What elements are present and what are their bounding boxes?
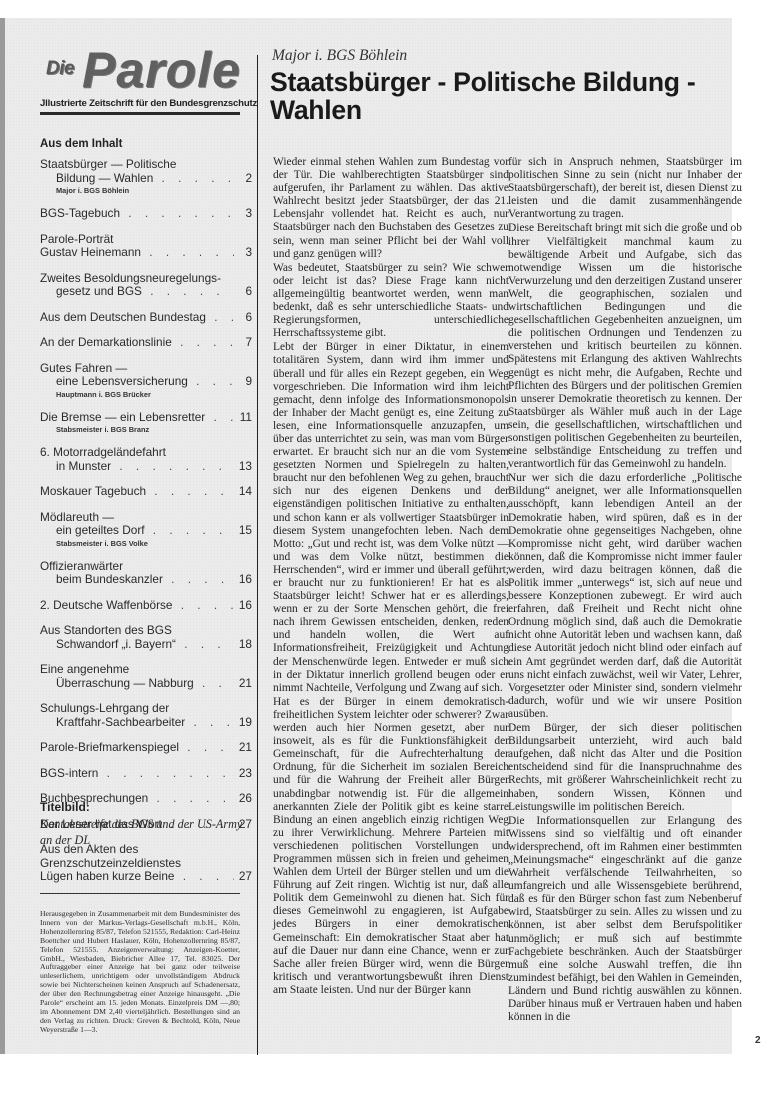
toc-leader-dots: . . . . . . . . . . . . . . . xyxy=(141,246,234,259)
toc-leader-dots: . . . . . . . . . . . . . . . xyxy=(174,870,234,883)
toc-entry-title: Kraftfahr-Sachbearbeiter . . . . . . . .… xyxy=(40,716,234,730)
toc-entry-title-line: Schulungs-Lehrgang der xyxy=(40,702,252,716)
table-of-contents: Staatsbürger — PolitischeBildung — Wahle… xyxy=(40,158,252,896)
toc-entry-title: Überraschung — Nabburg . . . . . . . . .… xyxy=(40,677,234,691)
toc-entry-title: gesetz und BGS . . . . . . . . . . . . .… xyxy=(40,285,234,299)
toc-entry-author: Major i. BGS Böhlein xyxy=(40,186,252,195)
toc-entry: 6. Motorradgeländefahrtin Munster . . . … xyxy=(40,446,252,473)
toc-entry: Zweites Besoldungsneuregelungs-gesetz un… xyxy=(40,272,252,299)
toc-entry-title: beim Bundeskanzler . . . . . . . . . . .… xyxy=(40,573,234,587)
article-column-right: für sich in Anspruch nehmen, Staatsbürge… xyxy=(508,156,742,1025)
toc-entry-author: Stabsmeister i. BGS Branz xyxy=(40,425,252,434)
toc-entry: 2. Deutsche Waffenbörse . . . . . . . . … xyxy=(40,599,252,613)
article-column-left: Wieder einmal stehen Wahlen zum Bundesta… xyxy=(273,156,509,998)
toc-entry-title-line: Gutes Fahren — xyxy=(40,362,252,376)
toc-entry-title: BGS-Tagebuch . . . . . . . . . . . . . .… xyxy=(40,207,234,221)
toc-entry-title: in Munster . . . . . . . . . . . . . . . xyxy=(40,460,234,474)
toc-entry: Gutes Fahren —eine Lebensversicherung . … xyxy=(40,362,252,399)
toc-page-number: 3 xyxy=(234,207,252,221)
toc-leader-dots: . . . . . . . . . . . . . . . xyxy=(148,792,234,805)
toc-entry-title-line: Staatsbürger — Politische xyxy=(40,158,252,172)
article-paragraph: Hat es der Bürger in einem demokratisch-… xyxy=(273,696,509,997)
toc-entry-title-line: Parole-Porträt xyxy=(40,233,252,247)
toc-entry: Moskauer Tagebuch . . . . . . . . . . . … xyxy=(40,485,252,499)
toc-page-number: 21 xyxy=(234,677,252,691)
toc-page-number: 6 xyxy=(234,285,252,299)
toc-page-number: 16 xyxy=(234,599,252,613)
toc-entry-title: Parole-Briefmarkenspiegel . . . . . . . … xyxy=(40,741,234,755)
article-paragraph: für sich in Anspruch nehmen, Staatsbürge… xyxy=(508,156,742,221)
toc-page-number: 23 xyxy=(234,767,252,781)
toc-leader-dots: . . . . . . . . . . . . . . . xyxy=(185,716,234,729)
toc-leader-dots: . . . . . . . . . . . . . . . xyxy=(188,375,234,388)
toc-page-number: 27 xyxy=(234,870,252,884)
toc-page-number: 13 xyxy=(234,460,252,474)
toc-entry-title: Gustav Heinemann . . . . . . . . . . . .… xyxy=(40,246,234,260)
toc-entry-title-line: Grenzschutzeinzeldienstes xyxy=(40,857,252,871)
logo-parole-text: Parole xyxy=(82,41,241,99)
toc-entry: Parole-Briefmarkenspiegel . . . . . . . … xyxy=(40,741,252,755)
toc-entry: Mödlareuth —ein geteiltes Dorf . . . . .… xyxy=(40,511,252,548)
toc-entry-title-line: 6. Motorradgeländefahrt xyxy=(40,446,252,460)
cover-caption-label: Titelbild: xyxy=(40,800,90,814)
toc-page-number: 9 xyxy=(234,375,252,389)
toc-entry-title: Schwandorf „i. Bayern“ . . . . . . . . .… xyxy=(40,638,234,652)
toc-entry-title: Lügen haben kurze Beine . . . . . . . . … xyxy=(40,870,234,884)
toc-entry-title: Die Bremse — ein Lebensretter . . . . . … xyxy=(40,411,234,425)
toc-entry-author: Hauptmann i. BGS Brücker xyxy=(40,390,252,399)
article-paragraph: Dem Bürger, der sich dieser politischen … xyxy=(508,722,742,814)
toc-entry-title: Bildung — Wahlen . . . . . . . . . . . .… xyxy=(40,172,234,186)
article-paragraph: Was bedeutet, Staatsbürger zu sein? Wie … xyxy=(273,262,509,341)
column-divider xyxy=(257,55,258,1055)
article-paragraph: Lebt der Bürger in einer Diktatur, in ei… xyxy=(273,341,509,695)
toc-leader-dots: . . . . . . . . . . . . . . . xyxy=(145,524,234,537)
imprint-text: Herausgegeben in Zusammenarbeit mit dem … xyxy=(40,910,240,1035)
article-title: Staatsbürger - Politische Bildung - Wahl… xyxy=(270,68,740,124)
cover-caption-text: Kontaktstreife des BGS und der US-Army a… xyxy=(40,817,250,848)
toc-entry-title-line: Zweites Besoldungsneuregelungs- xyxy=(40,272,252,286)
toc-entry-title-line: Mödlareuth — xyxy=(40,511,252,525)
toc-leader-dots: . . . . . . . . . . . . . . . xyxy=(142,285,234,298)
article-paragraph: Nur wer sich die dazu erforderliche „Pol… xyxy=(508,472,742,721)
toc-leader-dots: . . . . . . . . . . . . . . . xyxy=(120,207,234,220)
toc-entry-title: Aus dem Deutschen Bundestag . . . . . . … xyxy=(40,311,234,325)
article-byline: Major i. BGS Böhlein xyxy=(272,47,407,65)
toc-entry-title-line: Offizieranwärter xyxy=(40,560,252,574)
toc-page-number: 16 xyxy=(234,573,252,587)
toc-page-number: 11 xyxy=(234,411,252,425)
toc-entry: Die Bremse — ein Lebensretter . . . . . … xyxy=(40,411,252,435)
magazine-logo: Die Parole xyxy=(46,47,242,95)
toc-leader-dots: . . . . . . . . . . . . . . . xyxy=(172,599,234,612)
toc-entry-title-line: Aus Standorten des BGS xyxy=(40,624,252,638)
toc-leader-dots: . . . . . . . . . . . . . . . xyxy=(206,311,234,324)
toc-entry: Parole-PorträtGustav Heinemann . . . . .… xyxy=(40,233,252,260)
toc-page-number: 21 xyxy=(234,741,252,755)
toc-entry-title-line: Eine angenehme xyxy=(40,663,252,677)
toc-page-number: 6 xyxy=(234,311,252,325)
toc-leader-dots: . . . . . . . . . . . . . . . xyxy=(179,741,234,754)
toc-entry: BGS-Tagebuch . . . . . . . . . . . . . .… xyxy=(40,207,252,221)
toc-entry: Schulungs-Lehrgang derKraftfahr-Sachbear… xyxy=(40,702,252,729)
toc-page-number: 7 xyxy=(234,336,252,350)
magazine-tagline: Jllustrierte Zeitschrift für den Bundesg… xyxy=(40,98,240,109)
toc-entry: Aus Standorten des BGSSchwandorf „i. Bay… xyxy=(40,624,252,651)
toc-leader-dots: . . . . . . . . . . . . . . . xyxy=(194,677,234,690)
toc-entry-author: Stabsmeister i. BGS Volke xyxy=(40,539,252,548)
toc-entry-title: eine Lebensversicherung . . . . . . . . … xyxy=(40,375,234,389)
toc-leader-dots: . . . . . . . . . . . . . . . xyxy=(176,638,234,651)
toc-entry: Aus dem Deutschen Bundestag . . . . . . … xyxy=(40,311,252,325)
logo-die-text: Die xyxy=(46,58,74,80)
toc-leader-dots: . . . . . . . . . . . . . . . xyxy=(205,411,234,424)
toc-entry-title: An der Demarkationslinie . . . . . . . .… xyxy=(40,336,234,350)
page-number: 2 xyxy=(755,1035,761,1046)
toc-entry: An der Demarkationslinie . . . . . . . .… xyxy=(40,336,252,350)
article-paragraph: Wieder einmal stehen Wahlen zum Bundesta… xyxy=(273,156,509,261)
toc-entry: Eine angenehmeÜberraschung — Nabburg . .… xyxy=(40,663,252,690)
article-paragraph: Diese Bereitschaft bringt mit sich die g… xyxy=(508,222,742,471)
toc-entry-title: ein geteiltes Dorf . . . . . . . . . . .… xyxy=(40,524,234,538)
toc-leader-dots: . . . . . . . . . . . . . . . xyxy=(111,460,234,473)
toc-page-number: 15 xyxy=(234,524,252,538)
toc-page-number: 14 xyxy=(234,485,252,499)
toc-page-number: 26 xyxy=(234,792,252,806)
toc-leader-dots: . . . . . . . . . . . . . . . xyxy=(153,172,234,185)
toc-entry: Offizieranwärterbeim Bundeskanzler . . .… xyxy=(40,560,252,587)
masthead-rule xyxy=(40,112,240,115)
toc-leader-dots: . . . . . . . . . . . . . . . xyxy=(146,485,234,498)
toc-entry: BGS-intern . . . . . . . . . . . . . . .… xyxy=(40,767,252,781)
toc-page-number: 18 xyxy=(234,638,252,652)
toc-page-number: 19 xyxy=(234,716,252,730)
article-paragraph: Die Informationsquellen zur Erlangung de… xyxy=(508,815,742,1025)
toc-leader-dots: . . . . . . . . . . . . . . . xyxy=(163,573,234,586)
toc-leader-dots: . . . . . . . . . . . . . . . xyxy=(98,767,234,780)
toc-entry: Aus den Akten desGrenzschutzeinzeldienst… xyxy=(40,843,252,884)
sidebar-divider xyxy=(40,893,240,894)
toc-entry-title: 2. Deutsche Waffenbörse . . . . . . . . … xyxy=(40,599,234,613)
toc-entry: Staatsbürger — PolitischeBildung — Wahle… xyxy=(40,158,252,195)
toc-leader-dots: . . . . . . . . . . . . . . . xyxy=(172,336,234,349)
toc-heading: Aus dem Inhalt xyxy=(40,138,122,150)
toc-page-number: 2 xyxy=(234,172,252,186)
toc-entry-title: Moskauer Tagebuch . . . . . . . . . . . … xyxy=(40,485,234,499)
toc-entry-title: BGS-intern . . . . . . . . . . . . . . . xyxy=(40,767,234,781)
toc-page-number: 3 xyxy=(234,246,252,260)
page-spine-shadow xyxy=(0,18,5,1054)
